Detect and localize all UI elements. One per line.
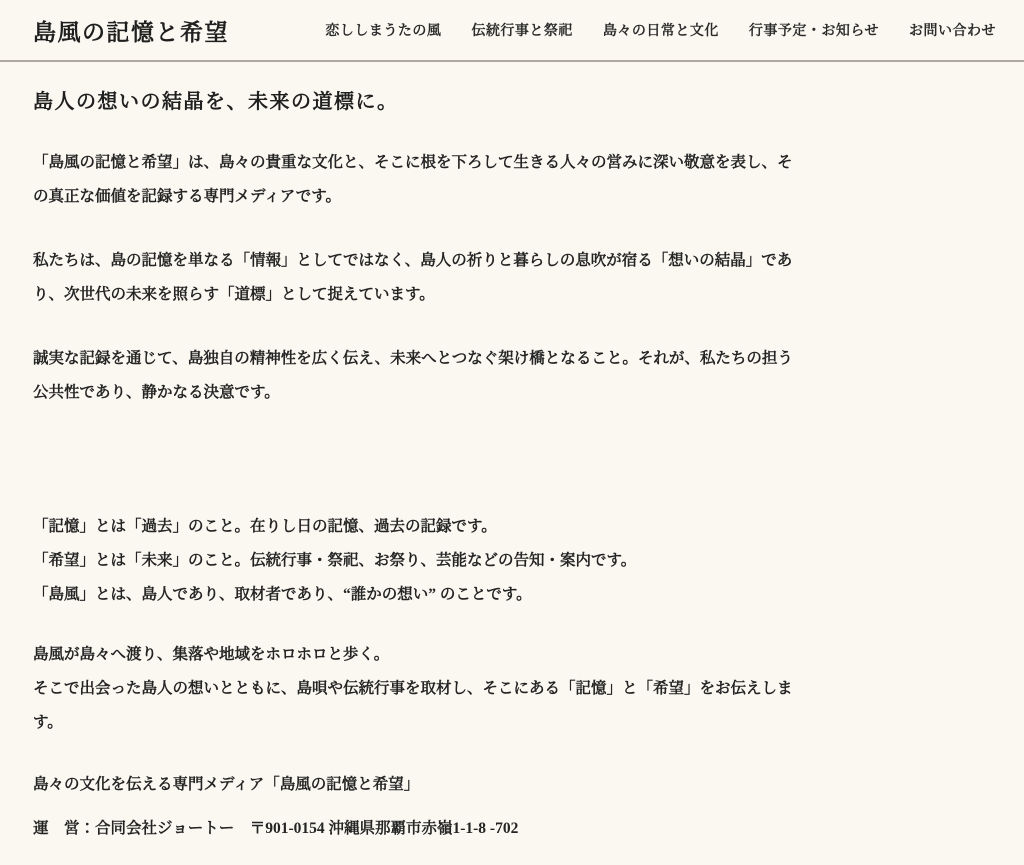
nav-item-traditional-events[interactable]: 伝統行事と祭祀	[471, 20, 573, 40]
page-headline: 島人の想いの結晶を、未来の道標に。	[33, 88, 991, 116]
page: 島風の記憶と希望 恋ししまうたの風 伝統行事と祭祀 島々の日常と文化 行事予定・…	[0, 0, 1024, 865]
intro-paragraph-2: 私たちは、島の記憶を単なる「情報」としてではなく、島人の祈りと暮らしの息吹が宿る…	[33, 244, 796, 312]
definition-shimakaze: 「島風」とは、島人であり、取材者であり、“誰かの想い” のことです。	[33, 586, 532, 603]
definition-hope: 「希望」とは「未来」のこと。伝統行事・祭祀、お祭り、芸能などの告知・案内です。	[33, 552, 636, 569]
mission-line-1: 島風が島々へ渡り、集落や地域をホロホロと歩く。	[33, 646, 389, 663]
nav-item-shimauta-no-kaze[interactable]: 恋ししまうたの風	[325, 20, 441, 40]
definitions-block: 「記憶」とは「過去」のこと。在りし日の記憶、過去の記録です。 「希望」とは「未来…	[33, 510, 796, 612]
mission-block: 島風が島々へ渡り、集落や地域をホロホロと歩く。 そこで出会った島人の想いとともに…	[33, 638, 796, 740]
company-info: 運 営：合同会社ジョートー 〒901-0154 沖縄県那覇市赤嶺1-1-8 -7…	[33, 812, 796, 846]
intro-paragraph-1: 「島風の記憶と希望」は、島々の貴重な文化と、そこに根を下ろして生きる人々の営みに…	[33, 146, 796, 214]
definition-memory: 「記憶」とは「過去」のこと。在りし日の記憶、過去の記録です。	[33, 518, 497, 535]
main-nav: 恋ししまうたの風 伝統行事と祭祀 島々の日常と文化 行事予定・お知らせ お問い合…	[325, 20, 996, 40]
intro-paragraph-3: 誠実な記録を通じて、島独自の精神性を広く伝え、未来へとつなぐ架け橋となること。そ…	[33, 342, 796, 410]
nav-item-schedule-news[interactable]: 行事予定・お知らせ	[749, 20, 879, 40]
media-description: 島々の文化を伝える専門メディア「島風の記憶と希望」	[33, 768, 796, 802]
site-title[interactable]: 島風の記憶と希望	[33, 14, 229, 47]
mission-line-2: そこで出会った島人の想いとともに、島唄や伝統行事を取材し、そこにある「記憶」と「…	[33, 680, 793, 731]
nav-item-contact[interactable]: お問い合わせ	[909, 20, 996, 40]
site-header: 島風の記憶と希望 恋ししまうたの風 伝統行事と祭祀 島々の日常と文化 行事予定・…	[0, 0, 1024, 62]
nav-item-daily-life-culture[interactable]: 島々の日常と文化	[603, 20, 719, 40]
main-content: 島人の想いの結晶を、未来の道標に。 「島風の記憶と希望」は、島々の貴重な文化と、…	[0, 88, 1024, 846]
